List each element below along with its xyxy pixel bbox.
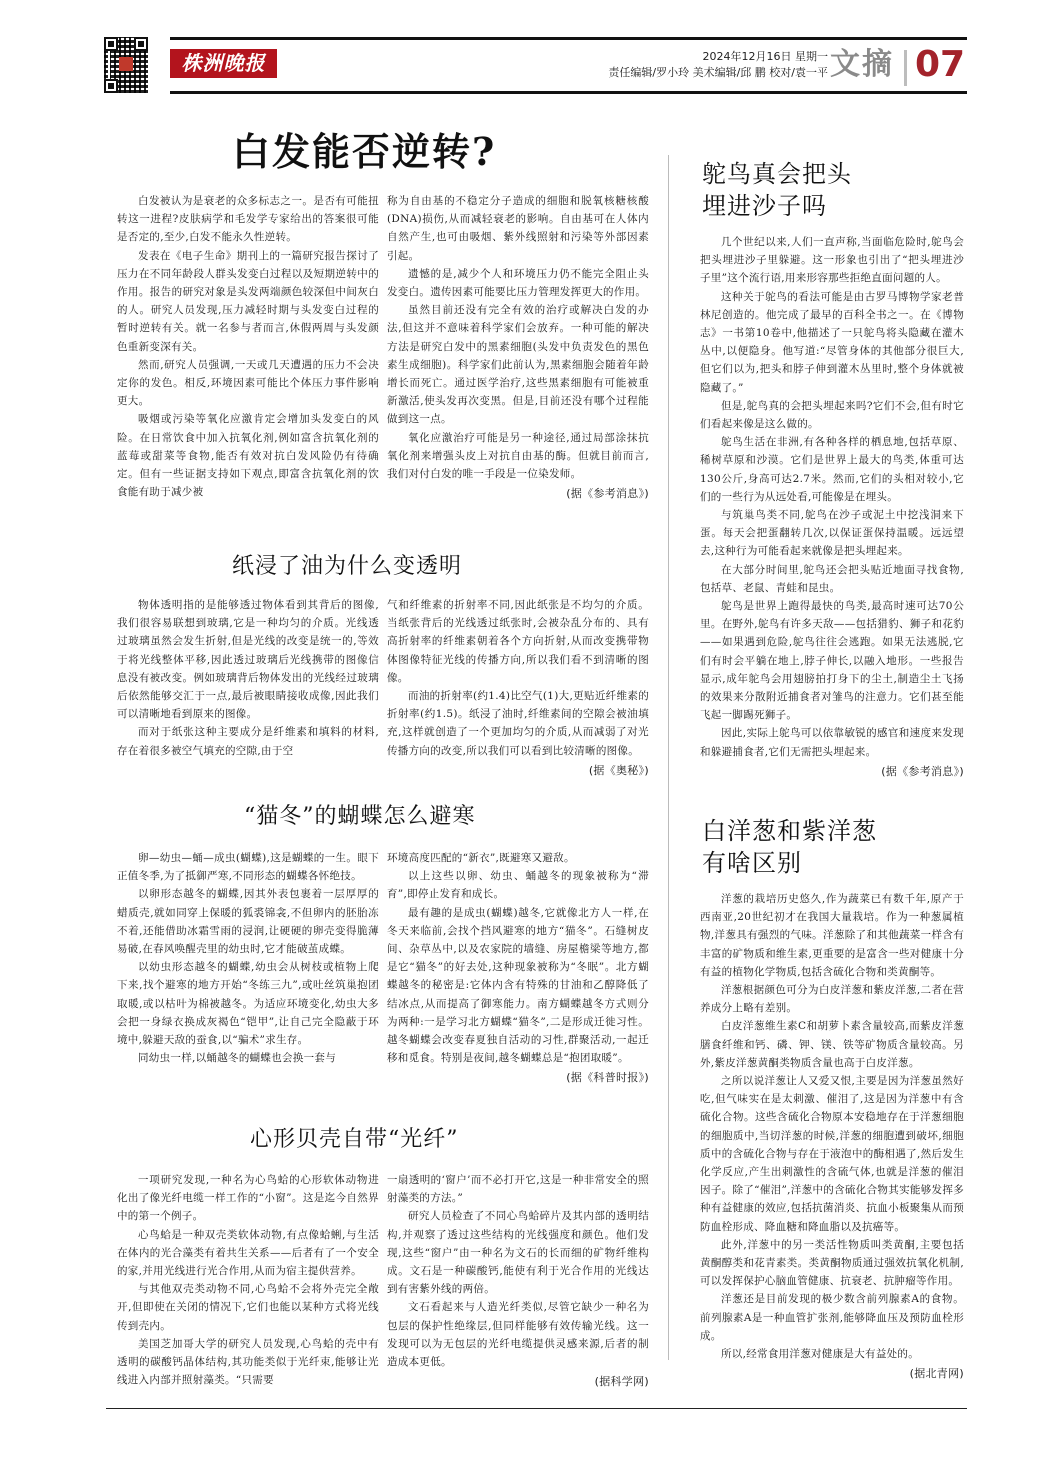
masthead-dateline: 2024年12月16日 星期一 责任编辑/罗小玲 美术编辑/邱 鹏 校对/袁一平 (600, 49, 828, 81)
paragraph: 因此,实际上鸵鸟可以依靠敏锐的感官和速度来发现和躲避捕食者,它们无需把头埋起来。 (700, 724, 964, 760)
paragraph: 吸烟或污染等氧化应激肯定会增加头发变白的风险。在日常饮食中加入抗氧化剂,例如富含… (117, 410, 379, 501)
paragraph: 然而,研究人员强调,一天或几天遭遇的压力不会决定你的发色。相反,环境因素可能比个… (117, 356, 379, 411)
article-title-white-hair: 白发能否逆转? (232, 130, 496, 174)
paragraph: 此外,洋葱中的另一类活性物质叫类黄酮,主要包括黄酮醇类和花青素类。类黄酮物质通过… (700, 1236, 964, 1291)
article-source: (据《参考消息》) (700, 763, 964, 781)
article-butterfly-col1: 卵—幼虫—蛹—成虫(蝴蝶),这是蝴蝶的一生。眼下正值冬季,为了抵御严寒,不同形态… (117, 849, 379, 1067)
paragraph: 白皮洋葱维生素C和胡萝卜素含量较高,而紫皮洋葱膳食纤维和钙、磷、钾、镁、铁等矿物… (700, 1017, 964, 1072)
paragraph: 所以,经常食用洋葱对健康是大有益处的。 (700, 1345, 964, 1363)
paragraph: 鸵鸟是世界上跑得最快的鸟类,最高时速可达70公里。在野外,鸵鸟有许多天敌——包括… (700, 597, 964, 724)
issue-date: 2024年12月16日 星期一 (600, 49, 828, 65)
article-white-hair-col1: 白发被认为是衰老的众多标志之一。是否有可能扭转这一进程?皮肤病学和毛发学专家给出… (117, 192, 379, 501)
article-white-hair-col2: 称为自由基的不稳定分子造成的细胞和脱氧核糖核酸(DNA)损伤,从而减轻衰老的影响… (387, 192, 649, 503)
masthead-bottom-rule (170, 91, 967, 94)
article-title-oil-paper: 纸浸了油为什么变透明 (232, 553, 462, 581)
article-title-heart-cockle: 心形贝壳自带“光纤” (250, 1126, 459, 1154)
paragraph: 洋葱还是目前发现的极少数含前列腺素A的食物。前列腺素A是一种血管扩张剂,能够降血… (700, 1290, 964, 1345)
paragraph: 卵—幼虫—蛹—成虫(蝴蝶),这是蝴蝶的一生。眼下正值冬季,为了抵御严寒,不同形态… (117, 849, 379, 885)
paragraph: 洋葱根据颜色可分为白皮洋葱和紫皮洋葱,二者在营养成分上略有差别。 (700, 981, 964, 1017)
paragraph: 物体透明指的是能够透过物体看到其背后的图像,我们很容易联想到玻璃,它是一种均匀的… (117, 596, 379, 723)
paragraph: 以卵形态越冬的蝴蝶,因其外表包裹着一层厚厚的蜡质壳,就如同穿上保暖的狐裘锦衾,不… (117, 885, 379, 958)
title-line: 有啥区别 (702, 847, 877, 879)
paragraph: 心鸟蛤是一种双壳类软体动物,有点像蛤蜊,与生活在体内的光合藻类有着共生关系——后… (117, 1226, 379, 1281)
qr-center-logo (119, 57, 133, 71)
paragraph: 文石看起来与人造光纤类似,尽管它缺少一种名为包层的保护性绝缘层,但同样能够有效传… (387, 1298, 649, 1371)
article-oil-paper-col2: 气和纤维素的折射率不同,因此纸张是不均匀的介质。当纸张背后的光线透过纸张时,会被… (387, 596, 649, 780)
article-source: (据《参考消息》) (387, 485, 649, 503)
qr-corner-marker (104, 37, 118, 51)
section-divider (904, 50, 907, 86)
article-title-butterfly: “猫冬”的蝴蝶怎么避寒 (244, 803, 476, 831)
paragraph: 之所以说洋葱让人又爱又恨,主要是因为洋葱虽然好吃,但气味实在是太刺激、催泪了,这… (700, 1072, 964, 1236)
paragraph: 称为自由基的不稳定分子造成的细胞和脱氧核糖核酸(DNA)损伤,从而减轻衰老的影响… (387, 192, 649, 265)
page-bottom-rule (106, 1408, 967, 1409)
paragraph: 但是,鸵鸟真的会把头埋起来吗?它们不会,但有时它们看起来像是这么做的。 (700, 397, 964, 433)
paragraph: 而对于纸张这种主要成分是纤维素和填料的材料,存在着很多被空气填充的空隙,由于空 (117, 723, 379, 759)
article-source: (据《科普时报》) (387, 1069, 649, 1087)
paragraph: 以上这些以卵、幼虫、蛹越冬的现象被称为“滞育”,即停止发育和成长。 (387, 867, 649, 903)
article-title-onion: 白洋葱和紫洋葱 有啥区别 (702, 815, 877, 879)
editor-credits: 责任编辑/罗小玲 美术编辑/邱 鹏 校对/袁一平 (600, 65, 828, 81)
paragraph: 在大部分时间里,鸵鸟还会把头贴近地面寻找食物,包括草、老鼠、青蛙和昆虫。 (700, 561, 964, 597)
paragraph: 研究人员检查了不同心鸟蛤碎片及其内部的透明结构,并观察了透过这些结构的光线强度和… (387, 1207, 649, 1298)
article-source: (据科学网) (387, 1373, 649, 1391)
article-oil-paper-col1: 物体透明指的是能够透过物体看到其背后的图像,我们很容易联想到玻璃,它是一种均匀的… (117, 596, 379, 760)
article-heart-cockle-col2: 一扇透明的‘窗户’而不必打开它,这是一种非常安全的照射藻类的方法。” 研究人员检… (387, 1171, 649, 1391)
paragraph: 美国芝加哥大学的研究人员发现,心鸟蛤的壳中有透明的碳酸钙晶体结构,其功能类似于光… (117, 1335, 379, 1390)
paragraph: 虽然目前还没有完全有效的治疗或解决白发的办法,但这并不意味着科学家们会放弃。一种… (387, 301, 649, 428)
paragraph: 气和纤维素的折射率不同,因此纸张是不均匀的介质。当纸张背后的光线透过纸张时,会被… (387, 596, 649, 687)
title-line: 白洋葱和紫洋葱 (702, 815, 877, 847)
paragraph: 这种关于鸵鸟的看法可能是由古罗马博物学家老普林尼创造的。他完成了最早的百科全书之… (700, 288, 964, 397)
column-divider (668, 155, 669, 1360)
paragraph: 与其他双壳类动物不同,心鸟蛤不会将外壳完全敞开,但即使在关闭的情况下,它们也能以… (117, 1280, 379, 1335)
article-title-ostrich: 鸵鸟真会把头 埋进沙子吗 (702, 158, 852, 222)
paragraph: 而油的折射率(约1.4)比空气(1)大,更贴近纤维素的折射率(约1.5)。纸浸了… (387, 687, 649, 760)
qr-corner-marker (134, 37, 148, 51)
article-source: (据北青网) (700, 1365, 964, 1383)
paragraph: 洋葱的栽培历史悠久,作为蔬菜已有数千年,原产于西南亚,20世纪初才在我国大量栽培… (700, 890, 964, 981)
article-butterfly-col2: 环境高度匹配的“新衣”,既避寒又避敌。 以上这些以卵、幼虫、蛹越冬的现象被称为“… (387, 849, 649, 1088)
paragraph: 与筑巢鸟类不同,鸵鸟在沙子或泥土中挖浅洞来下蛋。每天会把蛋翻转几次,以保证蛋保持… (700, 506, 964, 561)
paragraph: 一项研究发现,一种名为心鸟蛤的心形软体动物进化出了像光纤电缆一样工作的“小窗”。… (117, 1171, 379, 1226)
paragraph: 几个世纪以来,人们一直声称,当面临危险时,鸵鸟会把头埋进沙子里躲避。这一形象也引… (700, 233, 964, 288)
page-number: 07 (915, 44, 965, 86)
title-line: 鸵鸟真会把头 (702, 158, 852, 190)
section-title: 文摘 (830, 47, 894, 83)
paragraph: 白发被认为是衰老的众多标志之一。是否有可能扭转这一进程?皮肤病学和毛发学专家给出… (117, 192, 379, 247)
newspaper-logo: 株洲晚报 (170, 49, 277, 78)
article-heart-cockle-col1: 一项研究发现,一种名为心鸟蛤的心形软体动物进化出了像光纤电缆一样工作的“小窗”。… (117, 1171, 379, 1389)
article-onion-body: 洋葱的栽培历史悠久,作为蔬菜已有数千年,原产于西南亚,20世纪初才在我国大量栽培… (700, 890, 964, 1383)
article-ostrich-body: 几个世纪以来,人们一直声称,当面临危险时,鸵鸟会把头埋进沙子里躲避。这一形象也引… (700, 233, 964, 781)
paragraph: 遗憾的是,减少个人和环境压力仍不能完全阻止头发变白。遗传因素可能要比压力管理发挥… (387, 265, 649, 301)
qr-code-icon (104, 37, 148, 93)
paragraph: 同幼虫一样,以蛹越冬的蝴蝶也会换一套与 (117, 1049, 379, 1067)
paragraph: 环境高度匹配的“新衣”,既避寒又避敌。 (387, 849, 649, 867)
paragraph: 以幼虫形态越冬的蝴蝶,幼虫会从树枝或植物上爬下来,找个避寒的地方开始“冬练三九”… (117, 958, 379, 1049)
paragraph: 氧化应激治疗可能是另一种途径,通过局部涂抹抗氧化剂来增强头皮上对抗自由基的酶。但… (387, 429, 649, 484)
paragraph: 一扇透明的‘窗户’而不必打开它,这是一种非常安全的照射藻类的方法。” (387, 1171, 649, 1207)
title-line: 埋进沙子吗 (702, 190, 852, 222)
article-source: (据《奥秘》) (387, 762, 649, 780)
paragraph: 发表在《电子生命》期刊上的一篇研究报告探讨了压力在不同年龄段人群头发变白过程以及… (117, 247, 379, 356)
paragraph: 鸵鸟生活在非洲,有各种各样的栖息地,包括草原、稀树草原和沙漠。它们是世界上最大的… (700, 433, 964, 506)
masthead-top-rule (170, 37, 967, 40)
paragraph: 最有趣的是成虫(蝴蝶)越冬,它就像北方人一样,在冬天来临前,会找个挡风避寒的地方… (387, 904, 649, 1068)
qr-corner-marker (104, 79, 118, 93)
